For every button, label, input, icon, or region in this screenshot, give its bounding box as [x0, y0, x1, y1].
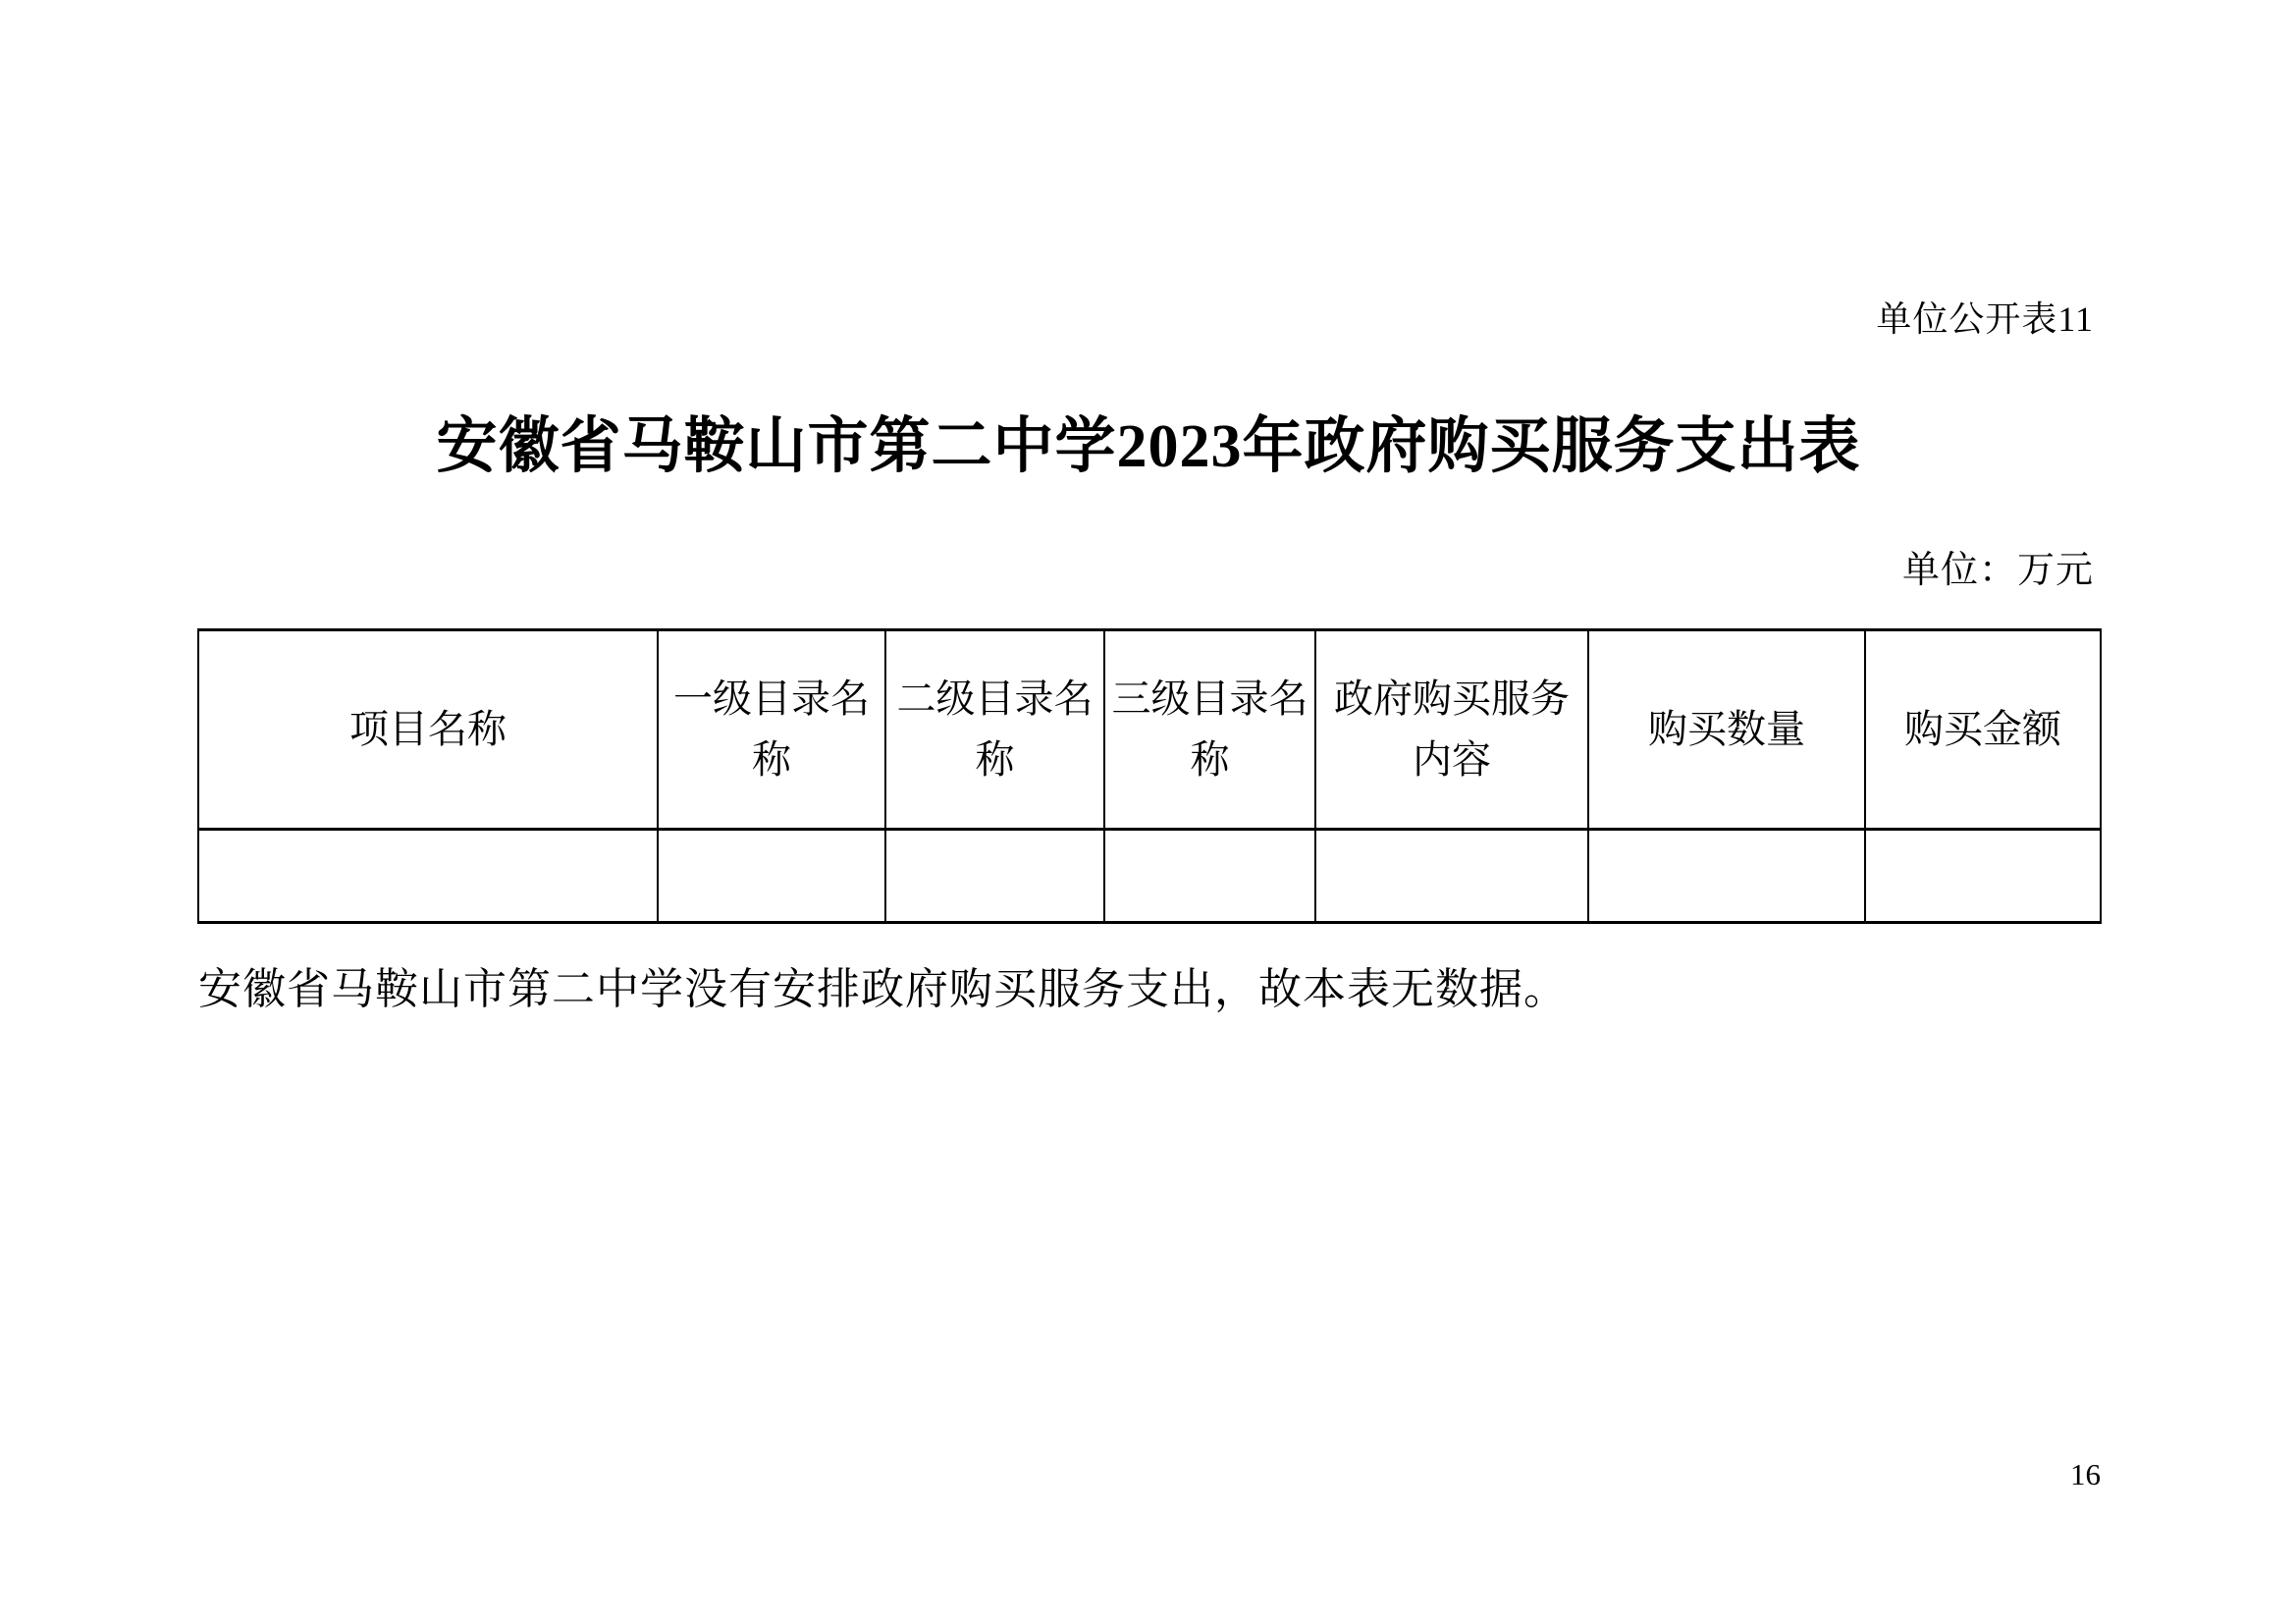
table-cell-empty: [885, 830, 1104, 923]
table-cell-empty: [1104, 830, 1315, 923]
header-cell-level1-catalog-name: 一级目录名 称: [658, 630, 885, 830]
header-cell-project-name: 项目名称: [198, 630, 658, 830]
document-page: 单位公开表11 安徽省马鞍山市第二中学2023年政府购买服务支出表 单位：万元 …: [0, 0, 2296, 1624]
empty-data-row: [198, 830, 2101, 923]
note-text: 安徽省马鞍山市第二中学没有安排政府购买服务支出，故本表无数据。: [198, 964, 1568, 1016]
table-cell-empty: [1588, 830, 1865, 923]
table-cell-empty: [1315, 830, 1588, 923]
table-header-row: 项目名称 一级目录名 称 二级目录名 称 三级目录名 称 政府购买服务 内容 购…: [198, 630, 2101, 830]
header-cell-purchase-quantity: 购买数量: [1588, 630, 1865, 830]
unit-label: 单位：万元: [1902, 552, 2094, 589]
table-cell-empty: [198, 830, 658, 923]
header-cell-purchase-amount: 购买金额: [1865, 630, 2101, 830]
table-cell-empty: [1865, 830, 2101, 923]
expenditure-table: 项目名称 一级目录名 称 二级目录名 称 三级目录名 称 政府购买服务 内容 购…: [197, 628, 2102, 924]
page-number: 16: [2070, 1459, 2101, 1489]
header-cell-service-content: 政府购买服务 内容: [1315, 630, 1588, 830]
page-title: 安徽省马鞍山市第二中学2023年政府购买服务支出表: [197, 416, 2100, 477]
table-cell-empty: [658, 830, 885, 923]
header-cell-level2-catalog-name: 二级目录名 称: [885, 630, 1104, 830]
sheet-label: 单位公开表11: [1876, 301, 2094, 337]
header-cell-level3-catalog-name: 三级目录名 称: [1104, 630, 1315, 830]
